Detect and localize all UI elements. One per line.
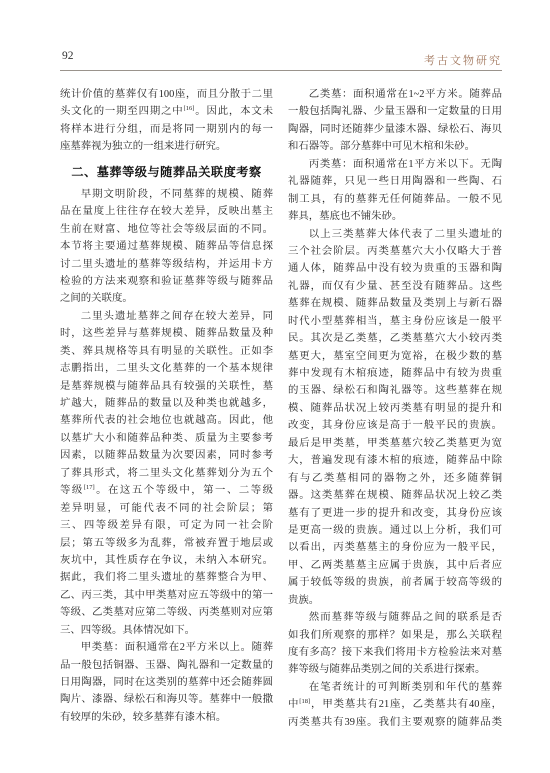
text-line: 制工具，有的墓葬无任何随葬品。一般不见 [288, 191, 502, 208]
text-line: 三、四等级差异有限，可定为同一社会阶 [60, 517, 273, 534]
section-heading: 二、墓葬等级与随葬品关联度考察 [60, 163, 273, 181]
text-line: 头文化的一期至四期之中[16]。因此，本文未 [60, 103, 273, 120]
text-line: 墓有了更进一步的提升和改变，其身份应该 [288, 505, 502, 522]
text-line: 葬等级与随葬品类别之间的关系进行探索。 [288, 661, 502, 678]
text-line: 贵族。 [288, 592, 502, 609]
text-line: 最后是甲类墓，甲类墓墓穴较乙类墓更为宽 [288, 435, 502, 452]
text-line: 甲、乙两类墓墓主应属于贵族，其中后者应 [288, 557, 502, 574]
text-line: 品一般包括铜器、玉器、陶礼器和一定数量的 [60, 657, 273, 674]
text-line: 时，这些差异与墓葬规模、随葬品数量及种 [60, 325, 273, 342]
citation-ref: [16] [184, 105, 195, 112]
text-line: 灰坑中，其性质存在争议，未纳入本研究。 [60, 552, 273, 569]
text-line: 差异明显，可能代表不同的社会阶层；第 [60, 500, 273, 517]
text-line: 和石器等。部分墓葬中可见木棺和朱砂。 [288, 138, 502, 155]
text-line: 如我们所观察的那样？如果是，那么关联程 [288, 627, 502, 644]
text-line: 日用陶器，同时在这类别的墓葬中还会随葬圆 [60, 674, 273, 691]
text-line: 陶片、漆器、绿松石和海贝等。墓葬中一般撒 [60, 691, 273, 708]
text-line: 二里头遗址墓葬之间存在较大差异，同 [60, 308, 273, 325]
text-line: 丙类墓：面积通常在1平方米以下。无陶 [288, 156, 502, 173]
text-line: 在笔者统计的可判断类别和年代的墓葬 [288, 679, 502, 696]
text-line: 度有多高？接下来我们将用卡方检验法来对墓 [288, 644, 502, 661]
text-line: 以上三类墓葬大体代表了二里头遗址的 [288, 226, 502, 243]
text-line: 以看出，丙类墓墓主的身份应为一般平民， [288, 539, 502, 556]
text-line: 中[18]，甲类墓共有21座，乙类墓共有40座， [288, 696, 502, 713]
text-line: 墓更大，墓室空间更为宽裕，在极少数的墓 [288, 348, 502, 365]
text-line: 有较厚的朱砂，较多墓葬有漆木棺。 [60, 709, 273, 726]
citation-ref: [17] [84, 484, 95, 491]
text-line: 有与乙类墓相同的器物之外，还多随葬铜 [288, 470, 502, 487]
text-line: 了葬具形式，将二里头文化墓葬划分为五个 [60, 465, 273, 482]
text-line: 乙类墓：面积通常在1~2平方米。随葬品 [288, 86, 502, 103]
left-column: 统计价值的墓葬仅有100座，而且分散于二里头文化的一期至四期之中[16]。因此，… [60, 86, 273, 726]
text-line: 讨二里头遗址的墓葬等级结构，并运用卡方 [60, 256, 273, 273]
text-line: 礼器随葬，只见一些日用陶器和一些陶、石 [288, 173, 502, 190]
text-line: 将样本进行分组，而是将同一期别内的每一 [60, 121, 273, 138]
text-line: 一般包括陶礼器、少量玉器和一定数量的日用 [288, 103, 502, 120]
text-line: 座墓葬视为独立的一组来进行研究。 [60, 138, 273, 155]
text-line: 改变，其身份应该是高于一般平民的贵族。 [288, 417, 502, 434]
text-line: 民。其次是乙类墓，乙类墓墓穴大小较丙类 [288, 330, 502, 347]
text-line: 的玉器、绿松石和陶礼器等。这些墓葬在规 [288, 382, 502, 399]
text-line: 等级、乙类墓对应第二等级、丙类墓则对应第 [60, 604, 273, 621]
text-line: 因素，以随葬品数量为次要因素，同时参考 [60, 447, 273, 464]
journal-title: 考古文物研究 [424, 52, 502, 68]
text-line: 葬中发现有木棺痕迹，随葬品中有较为贵重 [288, 365, 502, 382]
text-line: 葬具，墓底也不铺朱砂。 [288, 208, 502, 225]
text-line: 乙、丙三类，其中甲类墓对应五等级中的第一 [60, 587, 273, 604]
text-line: 本节将主要通过墓葬规模、随葬品等信息探 [60, 238, 273, 255]
text-line: 甲类墓：面积通常在2平方米以上。随葬 [60, 639, 273, 656]
right-column: 乙类墓：面积通常在1~2平方米。随葬品一般包括陶礼器、少量玉器和一定数量的日用陶… [288, 86, 502, 731]
text-line: 生前在财富、地位等社会等级层面的不同。 [60, 221, 273, 238]
text-line: 层；第五等级多为乱葬，常被弃置于地层或 [60, 535, 273, 552]
header-rule [60, 70, 502, 71]
text-line: 三个社会阶层。丙类墓墓穴大小仅略大于普 [288, 243, 502, 260]
text-line: 三、四等级。具体情况如下。 [60, 622, 273, 639]
text-line: 早期文明阶段，不同墓葬的规模、随葬 [60, 186, 273, 203]
text-line: 以墓圹大小和随葬品种类、质量为主要参考 [60, 430, 273, 447]
text-line: 模、随葬品状况上较丙类墓有明显的提升和 [288, 400, 502, 417]
text-line: 是墓葬规模与随葬品具有较强的关联性，墓 [60, 378, 273, 395]
text-line: 大，普遍发现有漆木棺的痕迹，随葬品中除 [288, 452, 502, 469]
text-line: 陶器，同时还随葬少量漆木器、绿松石、海贝 [288, 121, 502, 138]
text-line: 器。这类墓葬在规模、随葬品状况上较乙类 [288, 487, 502, 504]
text-line: 是更高一级的贵族。通过以上分析，我们可 [288, 522, 502, 539]
text-line: 志鹏指出，二里头文化墓葬的一个基本规律 [60, 360, 273, 377]
text-line: 时代小型墓葬相当，墓主身份应该是一般平 [288, 313, 502, 330]
page-number: 92 [62, 50, 74, 62]
text-line: 检验的方法来观察和验证墓葬等级与随葬品 [60, 273, 273, 290]
text-line: 统计价值的墓葬仅有100座，而且分散于二里 [60, 86, 273, 103]
text-line: 通人体，随葬品中没有较为贵重的玉器和陶 [288, 260, 502, 277]
text-line: 品在量度上往往存在较大差异，反映出墓主 [60, 203, 273, 220]
text-line: 等级[17]。在这五个等级中，第一、二等级 [60, 482, 273, 499]
text-line: 礼器，而仅有少量、甚至没有随葬品。这些 [288, 278, 502, 295]
text-line: 墓葬在规模、随葬品数量及类别上与新石器 [288, 295, 502, 312]
citation-ref: [18] [299, 698, 310, 705]
text-line: 属于较低等级的贵族，前者属于较高等级的 [288, 574, 502, 591]
text-line: 据此，我们将二里头遗址的墓葬整合为甲、 [60, 569, 273, 586]
journal-page: 92 考古文物研究 统计价值的墓葬仅有100座，而且分散于二里头文化的一期至四期… [0, 0, 550, 773]
text-line: 圹越大，随葬品的数量以及种类也就越多， [60, 395, 273, 412]
text-line: 丙类墓共有39座。我们主要观察的随葬品类 [288, 714, 502, 731]
text-line: 然而墓葬等级与随葬品之间的联系是否 [288, 609, 502, 626]
text-line: 类、葬具规格等具有明显的关联性。正如李 [60, 343, 273, 360]
text-line: 墓葬所代表的社会地位也就越高。因此，他 [60, 412, 273, 429]
text-line: 之间的关联度。 [60, 290, 273, 307]
